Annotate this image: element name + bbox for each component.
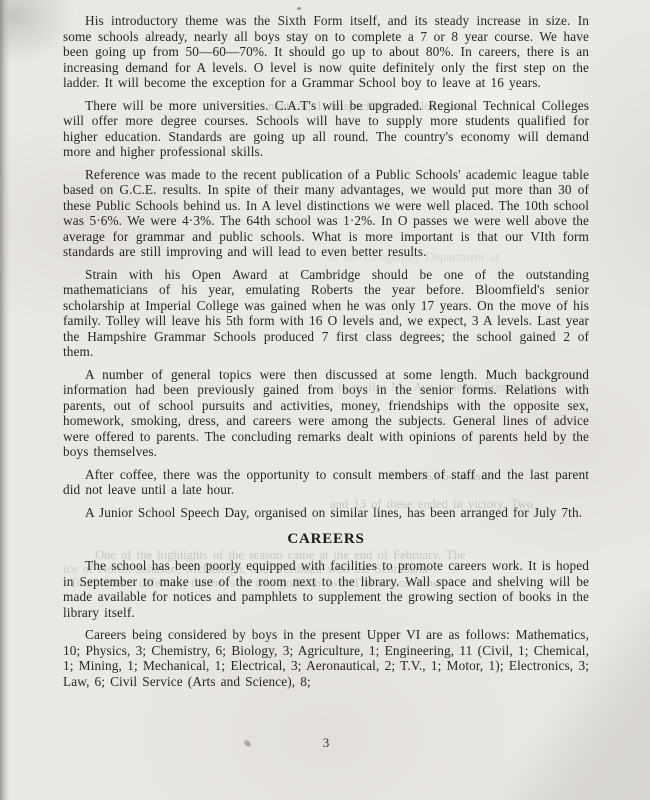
section-heading-careers: CAREERS <box>63 531 589 548</box>
paragraph: Reference was made to the recent publica… <box>63 167 589 260</box>
scanned-document-page: nautical, 1; unspecified, in Bloomvale, … <box>0 0 650 800</box>
page-number: 3 <box>63 735 589 751</box>
paragraph: His introductory theme was the Sixth For… <box>63 13 589 91</box>
paragraph: The school has been poorly equipped with… <box>63 558 589 620</box>
paragraph: A number of general topics were then dis… <box>63 367 589 460</box>
paragraph: A Junior School Speech Day, organised on… <box>63 505 589 521</box>
paragraph: Strain with his Open Award at Cambridge … <box>63 267 589 360</box>
ink-speck <box>297 7 301 10</box>
paragraph: Careers being considered by boys in the … <box>63 627 589 689</box>
text-column: His introductory theme was the Sixth For… <box>63 13 589 696</box>
paragraph: After coffee, there was the opportunity … <box>63 467 589 498</box>
paragraph: There will be more universities. C.A.T's… <box>63 98 589 160</box>
scan-left-edge-shadow <box>0 0 10 800</box>
